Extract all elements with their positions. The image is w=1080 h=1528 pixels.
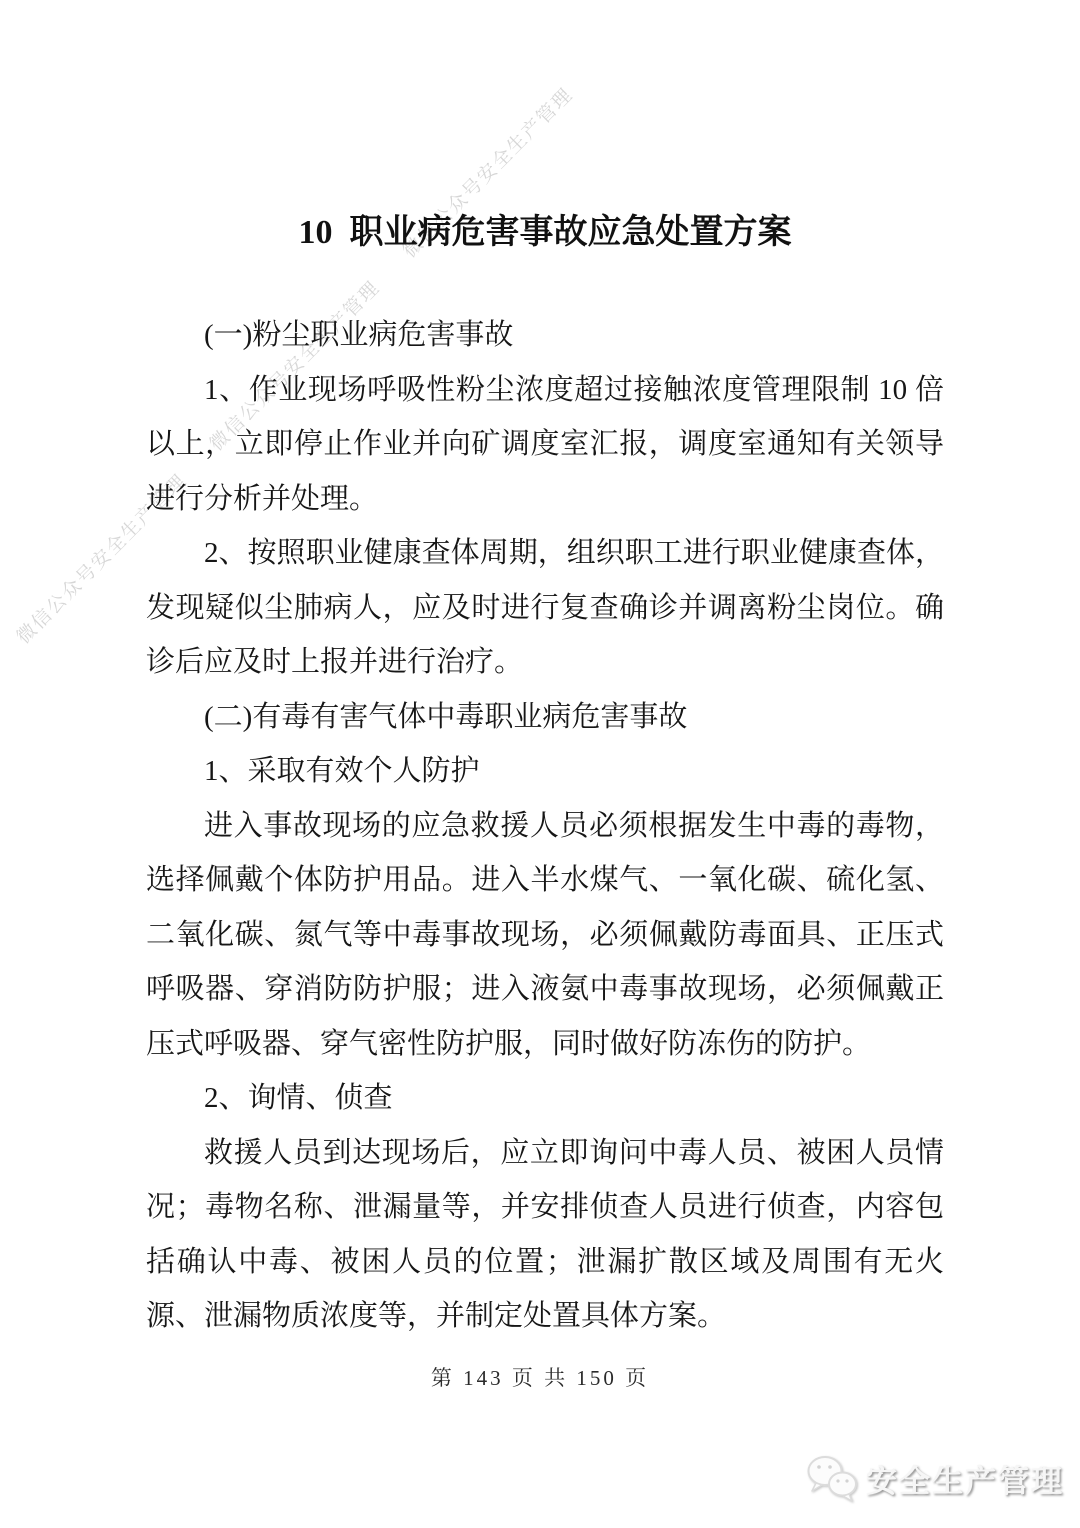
paragraph-protection-heading: 1、采取有效个人防护 <box>146 744 944 799</box>
brand-watermark-label: 安全生产管理 <box>866 1456 1064 1501</box>
document-content: 10 职业病危害事故应急处置方案 (一)粉尘职业病危害事故 1、作业现场呼吸性粉… <box>146 205 944 1344</box>
paragraph-dust-item-1: 1、作业现场呼吸性粉尘浓度超过接触浓度管理限制 10 倍以上，立即停止作业并向矿… <box>146 363 944 527</box>
brand-watermark: 安全生产管理 <box>804 1452 1064 1504</box>
paragraph-inquiry-body: 救援人员到达现场后，应立即询问中毒人员、被困人员情况；毒物名称、泄漏量等，并安排… <box>146 1126 944 1344</box>
section-heading-dust: (一)粉尘职业病危害事故 <box>146 308 944 363</box>
page-title: 10 职业病危害事故应急处置方案 <box>146 205 944 261</box>
paragraph-dust-item-2: 2、按照职业健康查体周期，组织职工进行职业健康查体，发现疑似尘肺病人，应及时进行… <box>146 526 944 690</box>
document-page: 微信公众号安全生产管理 微信公众号安全生产管理 微信公众号安全生产管理 微信公众… <box>0 0 1080 1528</box>
page-number: 第 143 页 共 150 页 <box>0 1362 1080 1392</box>
paragraph-protection-body: 进入事故现场的应急救援人员必须根据发生中毒的毒物，选择佩戴个体防护用品。进入半水… <box>146 799 944 1072</box>
wechat-icon <box>804 1452 860 1504</box>
paragraph-inquiry-heading: 2、询情、侦查 <box>146 1071 944 1126</box>
section-heading-toxic-gas: (二)有毒有害气体中毒职业病危害事故 <box>146 690 944 745</box>
